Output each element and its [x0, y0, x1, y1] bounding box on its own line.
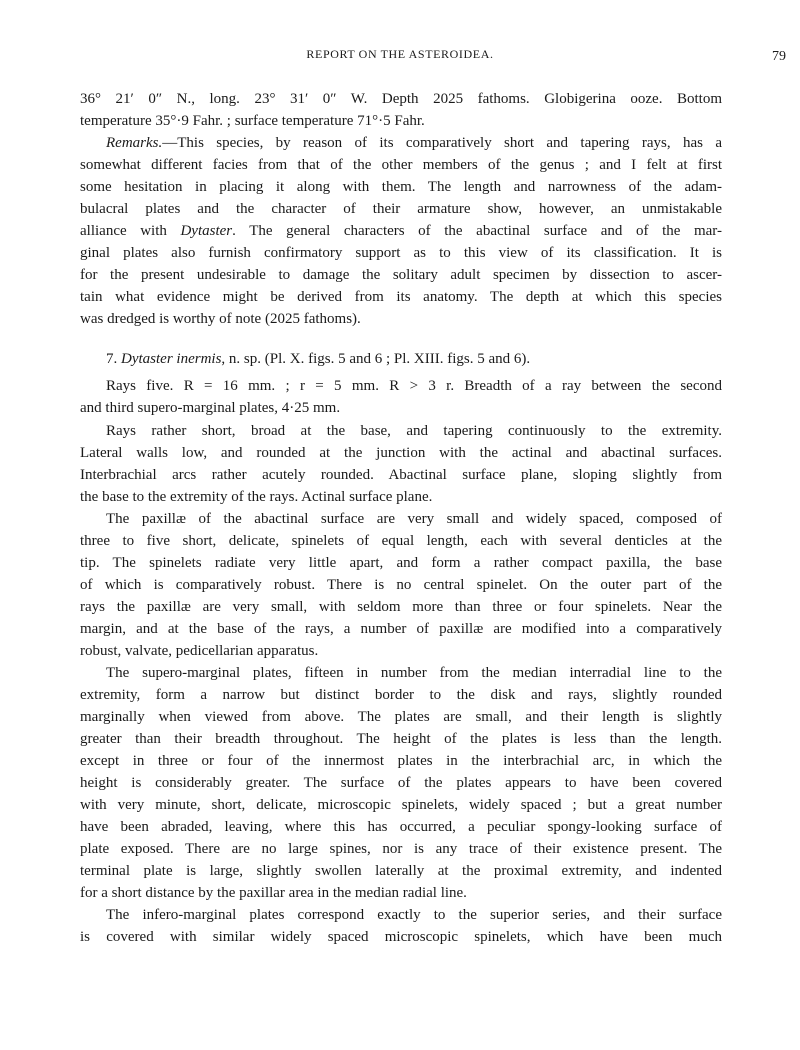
infero-marginal-paragraph: The infero-marginal plates correspond ex… [80, 904, 722, 948]
text-line: 7. Dytaster inermis, n. sp. (Pl. X. figs… [80, 348, 722, 370]
running-title: REPORT ON THE ASTEROIDEA. [0, 47, 800, 62]
text-line: and third supero-marginal plates, 4·25 m… [80, 397, 722, 419]
text-line: terminal plate is large, slightly swolle… [80, 860, 722, 882]
text-line: is covered with similar widely spaced mi… [80, 926, 722, 948]
page-number: 79 [772, 49, 786, 65]
species-number: 7. [106, 351, 121, 367]
text-line: greater than their breadth throughout. T… [80, 728, 722, 750]
text-line: robust, valvate, pedicellarian apparatus… [80, 640, 722, 662]
species-reference: , n. sp. (Pl. X. figs. 5 and 6 ; Pl. XII… [221, 351, 530, 367]
text-line: Lateral walls low, and rounded at the ju… [80, 442, 722, 464]
text-line: the base to the extremity of the rays. A… [80, 486, 722, 508]
text-line: extremity, form a narrow but distinct bo… [80, 684, 722, 706]
text-line: Interbrachial arcs rather acutely rounde… [80, 464, 722, 486]
text-line: ginal plates also furnish confirmatory s… [80, 242, 722, 264]
text-line: somewhat different facies from that of t… [80, 154, 722, 176]
text-line: was dredged is worthy of note (2025 fath… [80, 308, 722, 330]
text-line: with very minute, short, delicate, micro… [80, 794, 722, 816]
text-line: 36° 21′ 0″ N., long. 23° 31′ 0″ W. Depth… [80, 88, 722, 110]
text-line: margin, and at the base of the rays, a n… [80, 618, 722, 640]
paxillae-paragraph: The paxillæ of the abactinal surface are… [80, 508, 722, 662]
text-line: Remarks.—This species, by reason of its … [80, 132, 722, 154]
measurements-paragraph: Rays five. R = 16 mm. ; r = 5 mm. R > 3 … [80, 375, 722, 419]
text-line: for a short distance by the paxillar are… [80, 882, 722, 904]
text-line: tip. The spinelets radiate very little a… [80, 552, 722, 574]
text-line: Rays five. R = 16 mm. ; r = 5 mm. R > 3 … [80, 375, 722, 397]
text-line: The infero-marginal plates correspond ex… [80, 904, 722, 926]
text-line: some hesitation in placing it along with… [80, 176, 722, 198]
text-line: height is considerably greater. The surf… [80, 772, 722, 794]
genus-name: Dytaster [180, 223, 232, 239]
document-page: REPORT ON THE ASTEROIDEA. 79 36° 21′ 0″ … [0, 0, 800, 1050]
locality-paragraph: 36° 21′ 0″ N., long. 23° 31′ 0″ W. Depth… [80, 88, 722, 132]
text-line: plate exposed. There are no large spines… [80, 838, 722, 860]
text-line: The paxillæ of the abactinal surface are… [80, 508, 722, 530]
rays-paragraph: Rays rather short, broad at the base, an… [80, 420, 722, 508]
text-line: three to five short, delicate, spinelets… [80, 530, 722, 552]
text-line: temperature 35°·9 Fahr. ; surface temper… [80, 110, 722, 132]
text-line: except in three or four of the innermost… [80, 750, 722, 772]
species-name: Dytaster inermis [121, 351, 221, 367]
remarks-label: Remarks. [106, 135, 162, 151]
page-header: REPORT ON THE ASTEROIDEA. [0, 47, 800, 67]
text-line: have been abraded, leaving, where this h… [80, 816, 722, 838]
text-line: rays the paxillæ are very small, with se… [80, 596, 722, 618]
text-line: for the present undesirable to damage th… [80, 264, 722, 286]
species-heading: 7. Dytaster inermis, n. sp. (Pl. X. figs… [80, 348, 722, 370]
text-line: bulacral plates and the character of the… [80, 198, 722, 220]
text-line: tain what evidence might be derived from… [80, 286, 722, 308]
supero-marginal-paragraph: The supero-marginal plates, fifteen in n… [80, 662, 722, 904]
remarks-paragraph: Remarks.—This species, by reason of its … [80, 132, 722, 330]
text-line: marginally when viewed from above. The p… [80, 706, 722, 728]
text-line: of which is comparatively robust. There … [80, 574, 722, 596]
text-line: alliance with Dytaster. The general char… [80, 220, 722, 242]
text-line: The supero-marginal plates, fifteen in n… [80, 662, 722, 684]
text-line: Rays rather short, broad at the base, an… [80, 420, 722, 442]
